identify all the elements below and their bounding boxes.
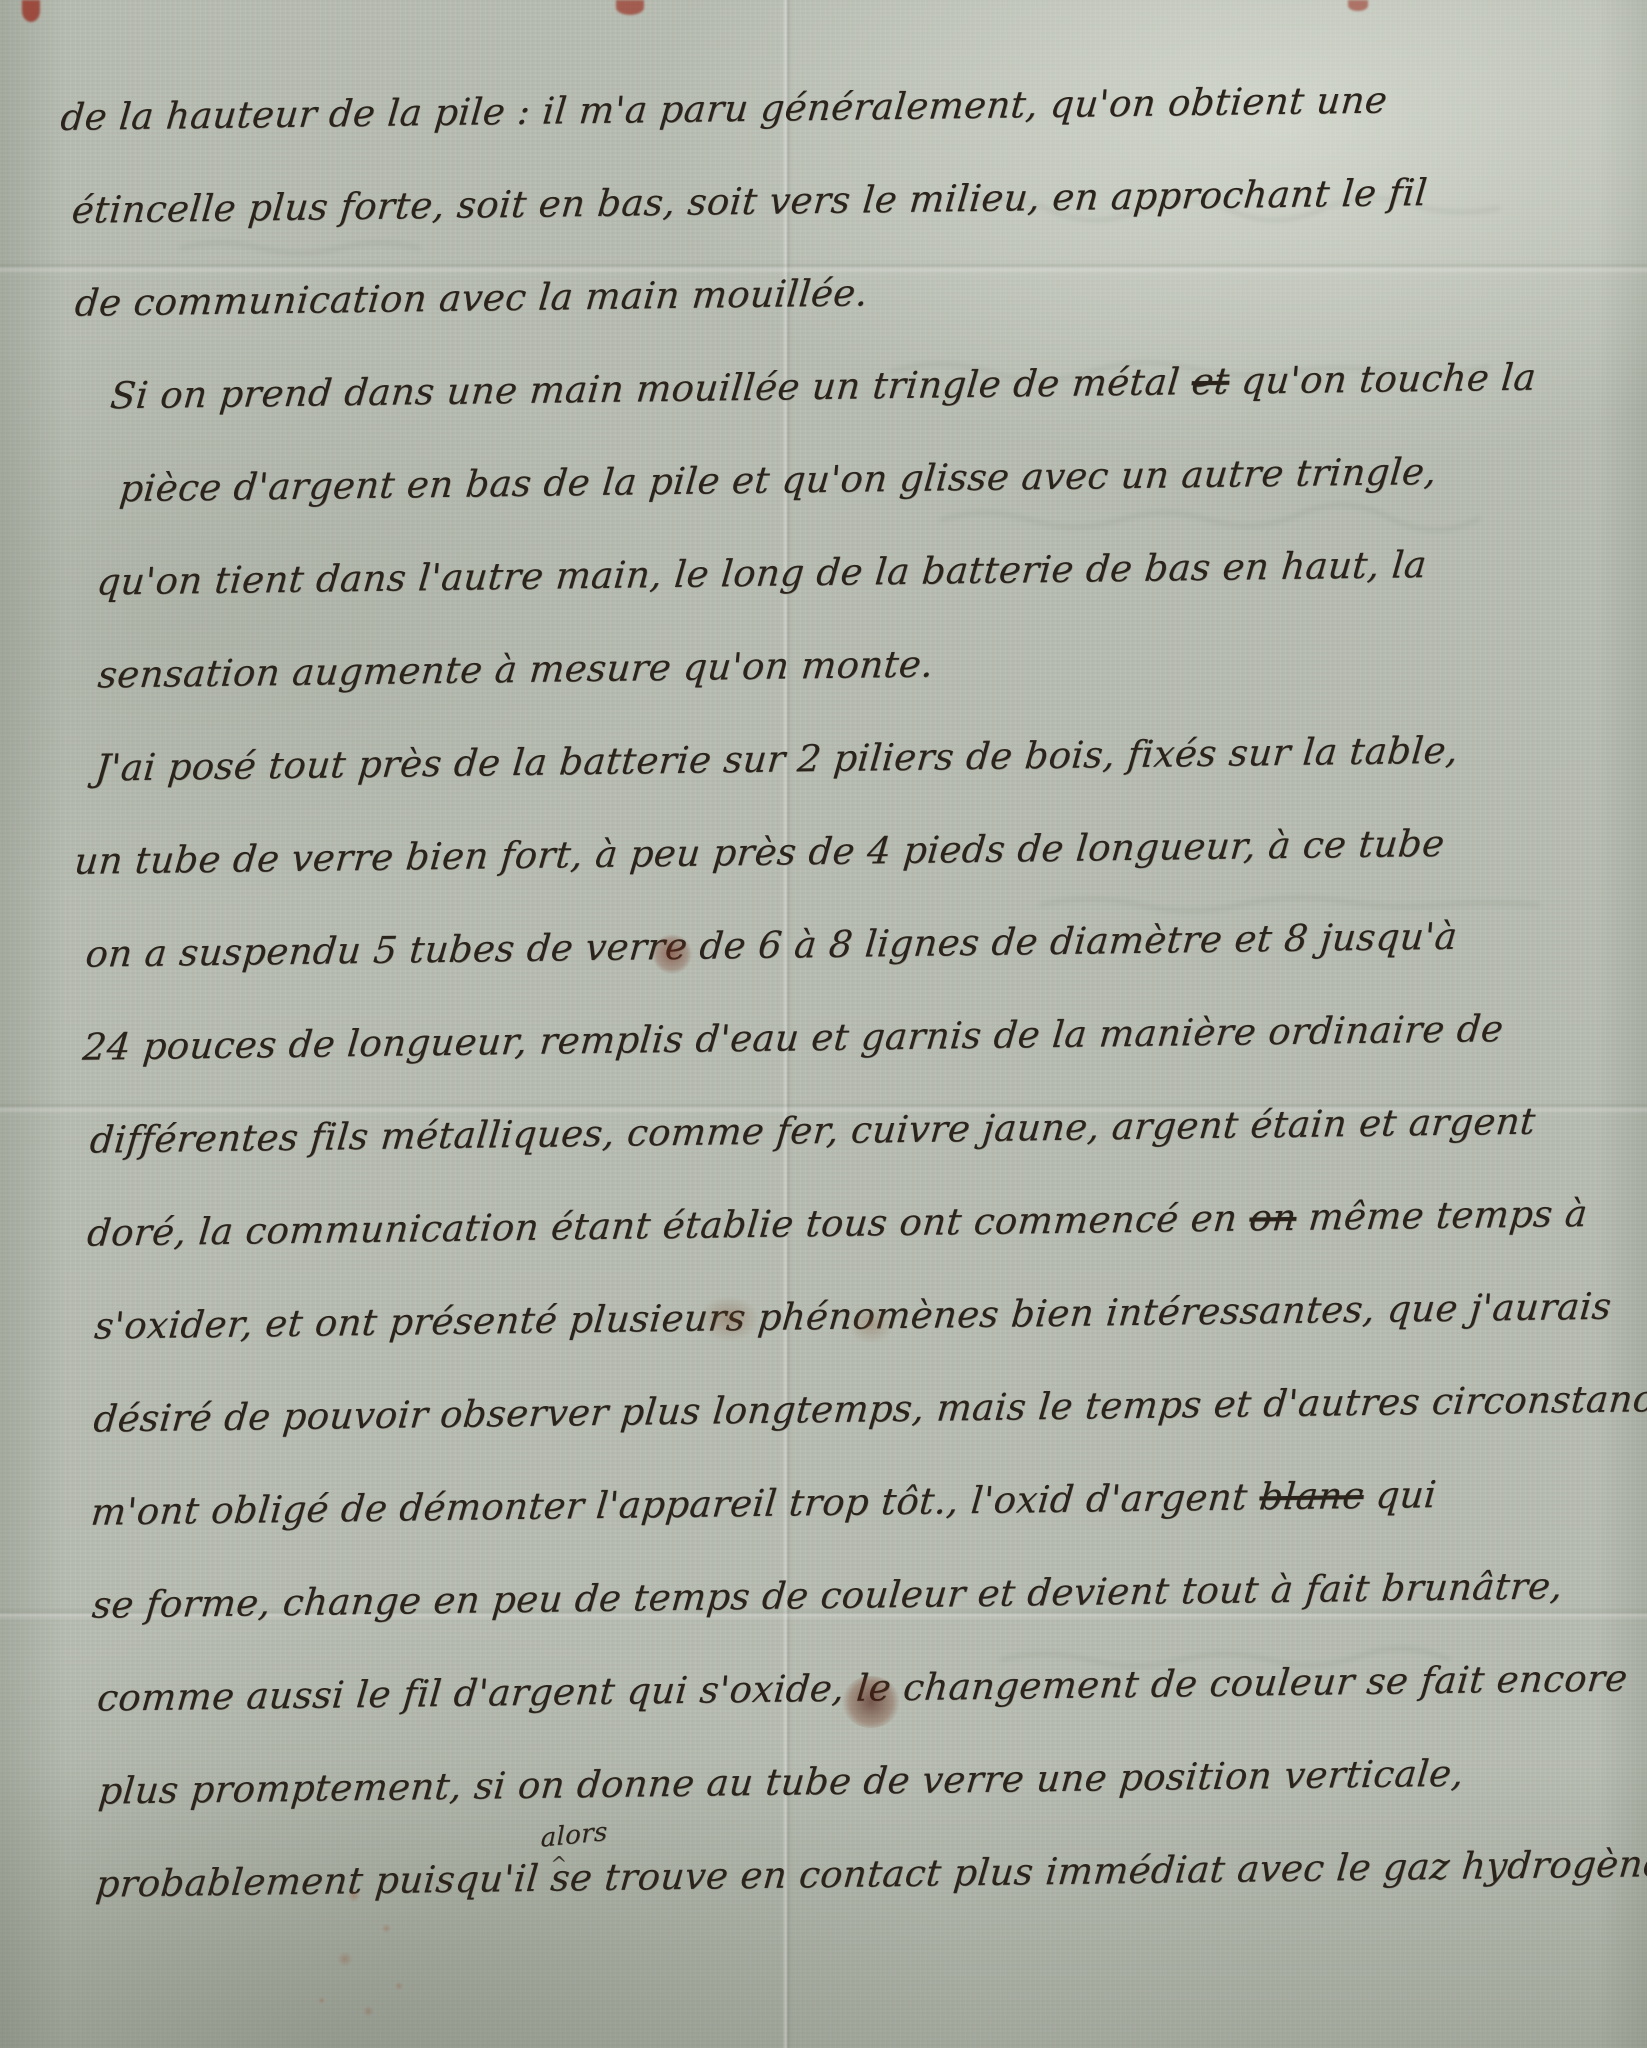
line-text: J'ai posé tout près de la batterie sur 2… xyxy=(93,729,1460,790)
line-text: plus promptement, si on donne au tube de… xyxy=(97,1752,1466,1813)
red-edge-mark xyxy=(22,0,40,22)
manuscript-line: se forme, change en peu de temps de coul… xyxy=(90,1563,1565,1628)
manuscript-line: Si on prend dans une main mouillée un tr… xyxy=(108,355,1538,420)
red-edge-mark xyxy=(1348,0,1368,11)
manuscript-line: comme aussi le fil d'argent qui s'oxide,… xyxy=(95,1656,1629,1722)
struck-word: on xyxy=(1248,1196,1299,1240)
line-text: étincelle plus forte, soit en bas, soit … xyxy=(70,171,1429,232)
line-text: se trouve en contact plus immédiat avec … xyxy=(549,1842,1647,1900)
line-text: différentes fils métalliques, comme fer,… xyxy=(88,1100,1537,1162)
line-text: probablement puisqu'il xyxy=(94,1857,553,1906)
struck-word: et xyxy=(1190,360,1232,404)
line-text: sensation augmente à mesure qu'on monte. xyxy=(96,643,935,697)
line-text: de communication avec la main mouillée. xyxy=(73,271,870,324)
line-text: qu'on tient dans l'autre main, le long d… xyxy=(95,543,1429,603)
line-text: s'oxider, et ont présenté plusieurs phén… xyxy=(93,1285,1614,1348)
line-text: même temps à xyxy=(1294,1192,1589,1239)
line-text: Si on prend dans une main mouillée un tr… xyxy=(108,360,1193,417)
manuscript-line: doré, la communication étant établie tou… xyxy=(85,1191,1589,1257)
line-text: pièce d'argent en bas de la pile et qu'o… xyxy=(118,450,1439,510)
manuscript-line: J'ai posé tout près de la batterie sur 2… xyxy=(93,728,1460,792)
line-text: m'ont obligé de démonter l'appareil trop… xyxy=(89,1475,1261,1533)
line-text: doré, la communication étant établie tou… xyxy=(85,1196,1251,1254)
manuscript-line: de communication avec la main mouillée. xyxy=(73,270,870,326)
manuscript-page-photo: de la hauteur de la pile : il m'a paru g… xyxy=(0,0,1647,2048)
manuscript-line: 24 pouces de longueur, remplis d'eau et … xyxy=(81,1006,1506,1071)
line-text: qu'on touche la xyxy=(1227,356,1538,403)
manuscript-text-block: de la hauteur de la pile : il m'a paru g… xyxy=(58,75,1642,1975)
manuscript-line: différentes fils métalliques, comme fer,… xyxy=(88,1099,1537,1164)
line-text: se forme, change en peu de temps de coul… xyxy=(90,1564,1564,1626)
manuscript-line: pièce d'argent en bas de la pile et qu'o… xyxy=(117,449,1438,512)
manuscript-line: s'oxider, et ont présenté plusieurs phén… xyxy=(92,1284,1613,1350)
line-text: comme aussi le fil d'argent qui s'oxide,… xyxy=(95,1657,1629,1720)
line-text: 24 pouces de longueur, remplis d'eau et … xyxy=(81,1007,1505,1069)
manuscript-line: qu'on tient dans l'autre main, le long d… xyxy=(95,542,1429,605)
manuscript-line: m'ont obligé de démonter l'appareil trop… xyxy=(89,1472,1439,1536)
struck-word: blanc xyxy=(1258,1474,1366,1518)
manuscript-line: plus promptement, si on donne au tube de… xyxy=(97,1751,1466,1815)
manuscript-line: un tube de verre bien fort, à peu près d… xyxy=(72,821,1446,885)
manuscript-line: probablement puisqu'il alors^se trouve e… xyxy=(94,1841,1647,1908)
red-edge-mark xyxy=(616,0,644,15)
manuscript-line: désiré de pouvoir observer plus longtemp… xyxy=(92,1376,1647,1443)
manuscript-line: étincelle plus forte, soit en bas, soit … xyxy=(70,170,1429,234)
line-text: on a suspendu 5 tubes de verre de 6 à 8 … xyxy=(84,915,1459,976)
manuscript-line: sensation augmente à mesure qu'on monte. xyxy=(96,642,936,699)
line-text: qui xyxy=(1362,1473,1439,1517)
line-text: un tube de verre bien fort, à peu près d… xyxy=(73,822,1447,883)
manuscript-line: on a suspendu 5 tubes de verre de 6 à 8 … xyxy=(84,914,1460,978)
line-text: désiré de pouvoir observer plus longtemp… xyxy=(92,1377,1647,1441)
